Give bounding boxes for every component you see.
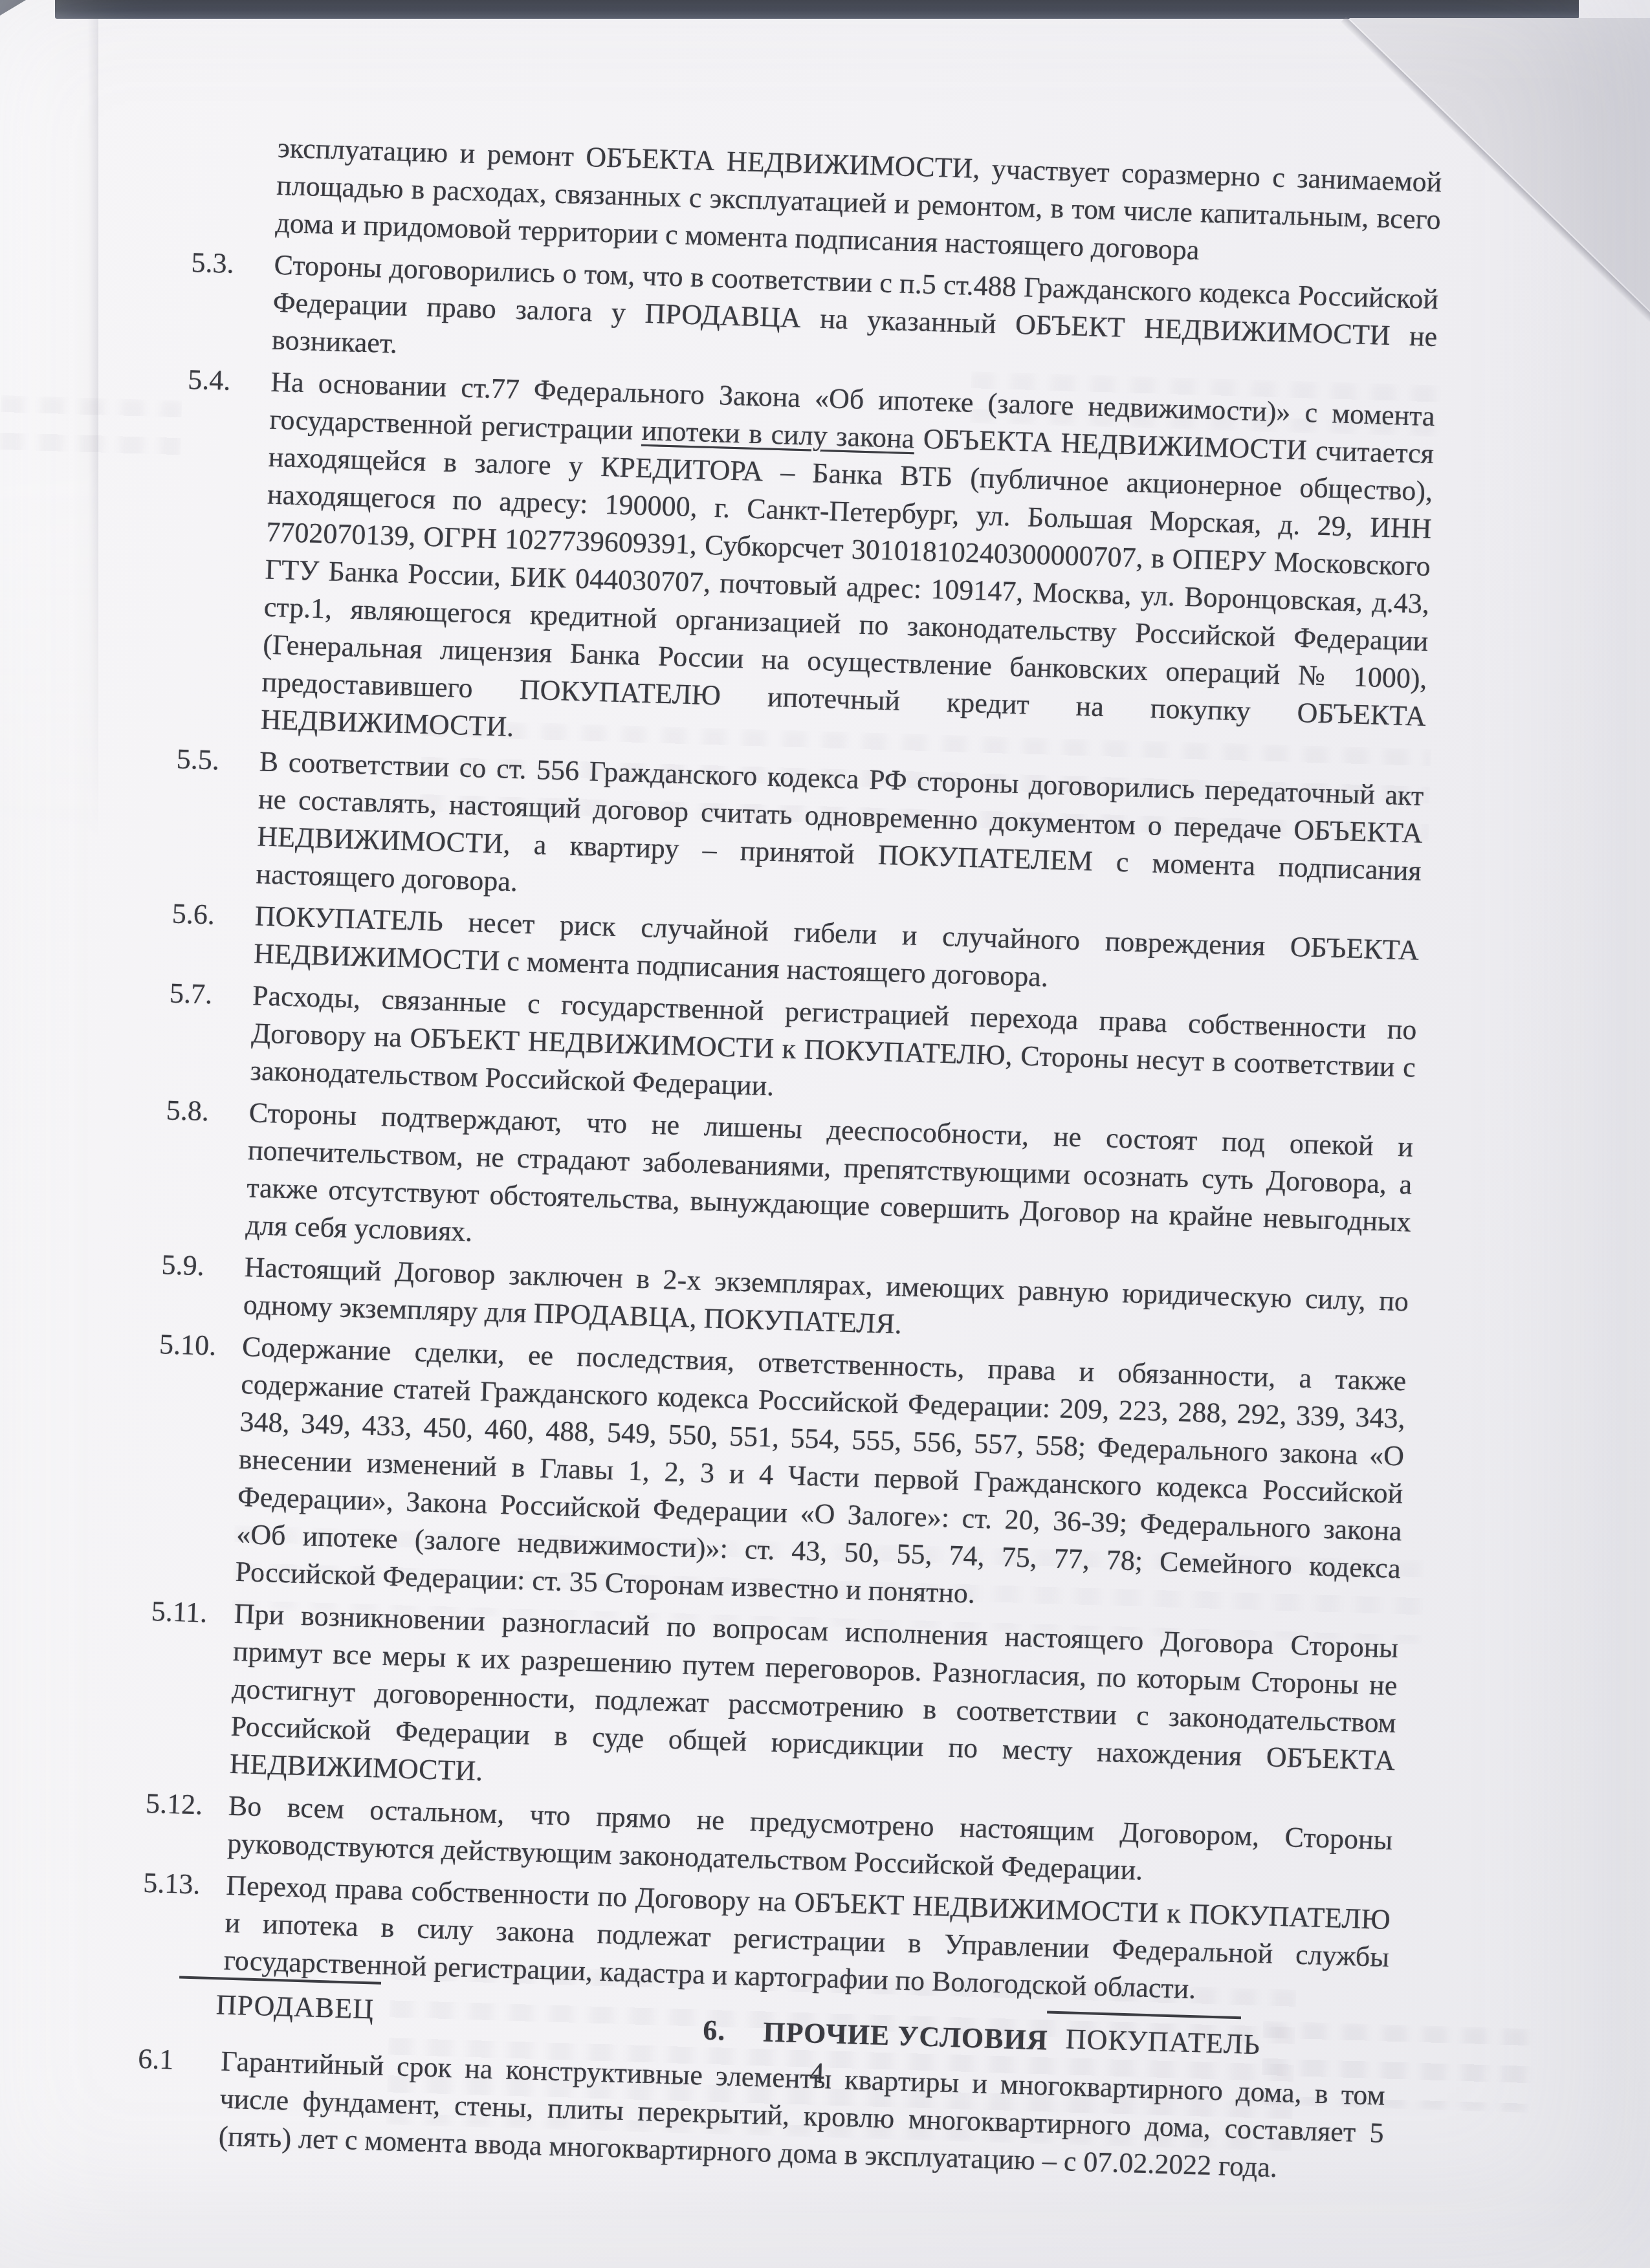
left-sheet-edge	[0, 0, 98, 841]
clause-5-8: 5.8. Стороны подтверждают, что не лишены…	[245, 1094, 1414, 1278]
clause-number: 5.12.	[145, 1785, 203, 1824]
clause-number: 5.5.	[176, 741, 220, 780]
clause-text: Содержание сделки, ее последствия, ответ…	[235, 1331, 1407, 1609]
seller-signature-label: ПРОДАВЕЦ	[178, 1985, 381, 2029]
clause-number: 5.6.	[171, 895, 215, 934]
seller-signature-block: ПРОДАВЕЦ	[178, 1976, 381, 2029]
clause-number: 5.11.	[151, 1593, 208, 1632]
clause-text: Стороны подтверждают, что не лишены деес…	[245, 1096, 1414, 1247]
underlined-phrase: ипотеки в силу закона	[641, 415, 915, 454]
contract-text-block: эксплуатацию и ремонт ОБЪЕКТА НЕДВИЖИМОС…	[132, 127, 1442, 2259]
clause-number: 5.9.	[161, 1246, 205, 1285]
clause-5-4: 5.4.На основании ст.77 Федерального Зако…	[260, 364, 1435, 773]
buyer-signature-label: ПОКУПАТЕЛЬ	[1046, 2020, 1241, 2063]
buyer-signature-block: ПОКУПАТЕЛЬ	[1046, 2011, 1241, 2063]
clause-number: 5.10.	[159, 1325, 217, 1365]
scanner-edge-strip	[55, 0, 1579, 19]
clause-5-10: 5.10. Содержание сделки, ее последствия,…	[235, 1328, 1407, 1625]
clause-text: При возникновении разногласий по вопроса…	[229, 1598, 1399, 1787]
buyer-signature-line	[1047, 2011, 1241, 2019]
clause-text: ОБЪЕКТА НЕДВИЖИМОСТИ считается находящей…	[260, 422, 1434, 743]
clause-text: В соответствии со ст. 556 Гражданского к…	[256, 745, 1424, 897]
clause-number: 5.8.	[166, 1091, 210, 1130]
clause-number: 5.3.	[191, 244, 235, 283]
clause-5-11: 5.11. При возникновении разногласий по в…	[229, 1595, 1399, 1817]
clause-number: 5.13.	[143, 1864, 201, 1904]
clause-number: 5.4.	[188, 361, 232, 400]
clause-5-5: 5.5. В соответствии со ст. 556 Гражданск…	[256, 743, 1424, 927]
page-number: 4	[809, 2055, 825, 2093]
clause-number: 5.7.	[169, 974, 213, 1013]
